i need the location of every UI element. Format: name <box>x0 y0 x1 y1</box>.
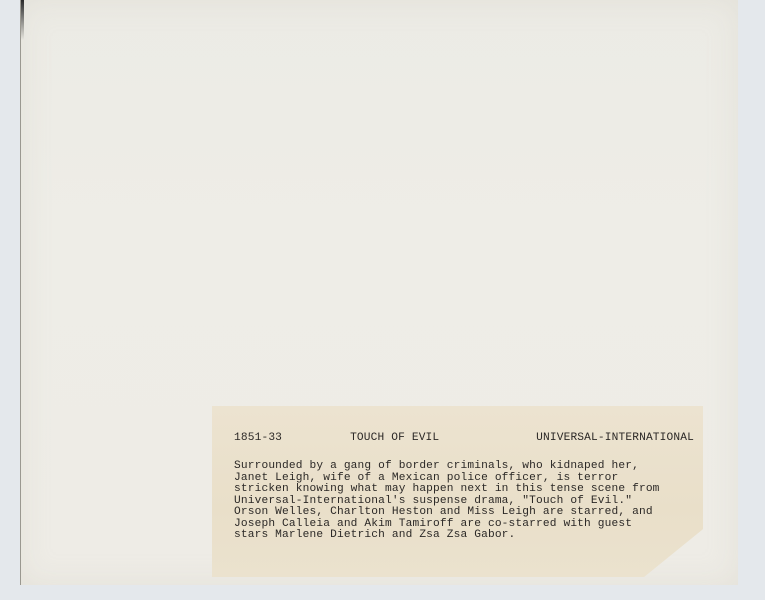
caption-text-block: 1851-33 TOUCH OF EVIL UNIVERSAL-INTERNAT… <box>234 431 694 542</box>
caption-line: stars Marlene Dietrich and Zsa Zsa Gabor… <box>234 530 694 542</box>
caption-header: 1851-33 TOUCH OF EVIL UNIVERSAL-INTERNAT… <box>234 431 694 445</box>
film-title: TOUCH OF EVIL <box>350 431 520 445</box>
reference-number: 1851-33 <box>234 431 334 445</box>
photo-back-sheet: 1851-33 TOUCH OF EVIL UNIVERSAL-INTERNAT… <box>20 0 738 585</box>
caption-line: stricken knowing what may happen next in… <box>234 484 694 496</box>
caption-line: Orson Welles, Charlton Heston and Miss L… <box>234 507 694 519</box>
caption-label: 1851-33 TOUCH OF EVIL UNIVERSAL-INTERNAT… <box>212 406 703 577</box>
caption-line: Surrounded by a gang of border criminals… <box>234 461 694 473</box>
caption-body: Surrounded by a gang of border criminals… <box>234 461 694 542</box>
studio-name: UNIVERSAL-INTERNATIONAL <box>536 431 694 445</box>
